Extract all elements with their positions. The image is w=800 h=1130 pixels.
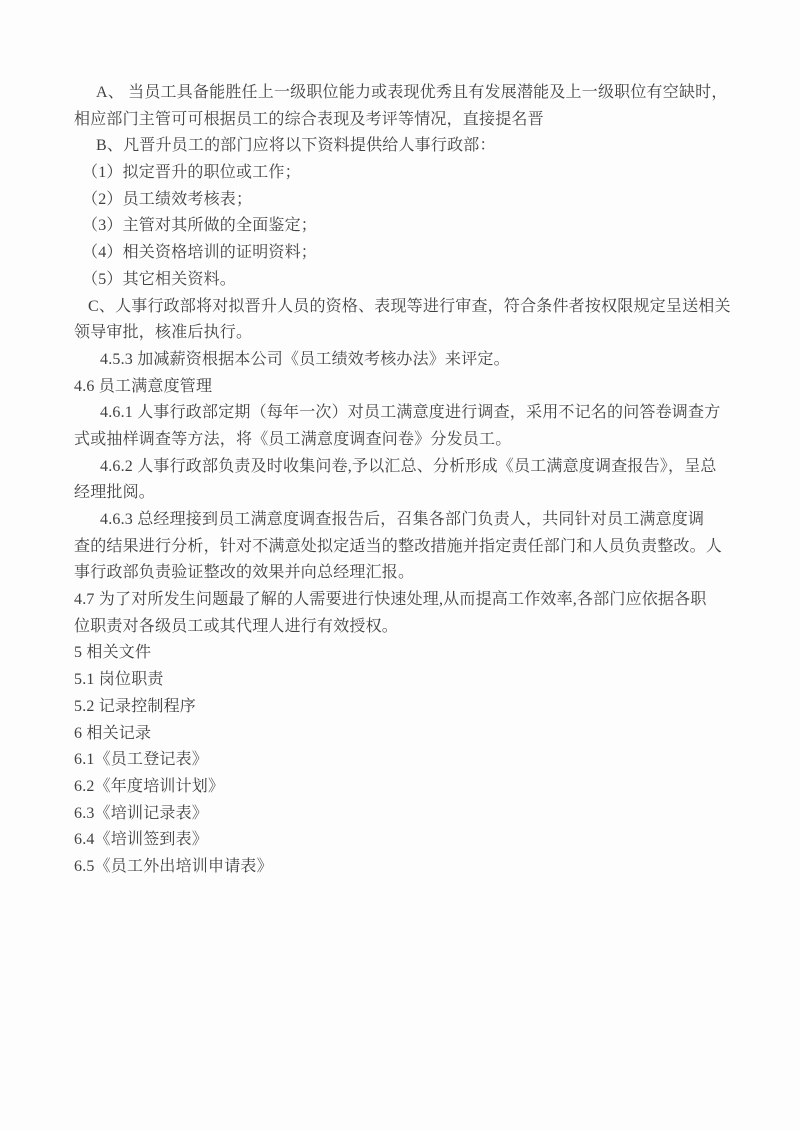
doc-line-promotion-c-cont: 领导审批，核准后执行。 bbox=[74, 320, 746, 347]
doc-line-4-6-1: 4.6.1 人事行政部定期（每年一次）对员工满意度进行调查，采用不记名的问答卷调… bbox=[74, 400, 746, 427]
doc-line-6-1: 6.1《员工登记表》 bbox=[74, 747, 746, 774]
doc-line-6-2: 6.2《年度培训计划》 bbox=[74, 774, 746, 801]
doc-heading-4-6: 4.6 员工满意度管理 bbox=[74, 374, 746, 401]
doc-line-5-2: 5.2 记录控制程序 bbox=[74, 694, 746, 721]
document-page: A、 当员工具备能胜任上一级职位能力或表现优秀且有发展潜能及上一级职位有空缺时，… bbox=[0, 0, 800, 1130]
doc-line-item-4: （4）相关资格培训的证明资料； bbox=[74, 240, 746, 267]
doc-line-item-3: （3）主管对其所做的全面鉴定； bbox=[74, 213, 746, 240]
doc-line-4-6-3-cont-2: 事行政部负责验证整改的效果并向总经理汇报。 bbox=[74, 560, 746, 587]
doc-line-promotion-c: C、人事行政部将对拟晋升人员的资格、表现等进行审查，符合条件者按权限规定呈送相关 bbox=[74, 294, 746, 321]
doc-line-4-6-1-cont: 式或抽样调查等方法，将《员工满意度调查问卷》分发员工。 bbox=[74, 427, 746, 454]
doc-line-promotion-a: A、 当员工具备能胜任上一级职位能力或表现优秀且有发展潜能及上一级职位有空缺时， bbox=[74, 80, 746, 107]
doc-line-4-6-2: 4.6.2 人事行政部负责及时收集问卷,予以汇总、分析形成《员工满意度调查报告》… bbox=[74, 454, 746, 481]
doc-line-4-7: 4.7 为了对所发生问题最了解的人需要进行快速处理,从而提高工作效率,各部门应依… bbox=[74, 587, 746, 614]
doc-line-6-3: 6.3《培训记录表》 bbox=[74, 801, 746, 828]
doc-line-item-1: （1）拟定晋升的职位或工作； bbox=[74, 160, 746, 187]
doc-line-6-5: 6.5《员工外出培训申请表》 bbox=[74, 854, 746, 881]
document-text-block: A、 当员工具备能胜任上一级职位能力或表现优秀且有发展潜能及上一级职位有空缺时，… bbox=[74, 80, 746, 881]
doc-line-item-2: （2）员工绩效考核表； bbox=[74, 187, 746, 214]
doc-line-4-6-3-cont-1: 查的结果进行分析，针对不满意处拟定适当的整改措施并指定责任部门和人员负责整改。人 bbox=[74, 534, 746, 561]
doc-heading-6: 6 相关记录 bbox=[74, 721, 746, 748]
doc-line-4-6-2-cont: 经理批阅。 bbox=[74, 480, 746, 507]
doc-line-4-7-cont: 位职责对各级员工或其代理人进行有效授权。 bbox=[74, 614, 746, 641]
doc-line-4-5-3: 4.5.3 加减薪资根据本公司《员工绩效考核办法》来评定。 bbox=[74, 347, 746, 374]
doc-line-promotion-a-cont: 相应部门主管可可根据员工的综合表现及考评等情况，直接提名晋 bbox=[74, 107, 746, 134]
doc-line-promotion-b: B、凡晋升员工的部门应将以下资料提供给人事行政部： bbox=[74, 133, 746, 160]
doc-heading-5: 5 相关文件 bbox=[74, 640, 746, 667]
doc-line-6-4: 6.4《培训签到表》 bbox=[74, 827, 746, 854]
doc-line-5-1: 5.1 岗位职责 bbox=[74, 667, 746, 694]
doc-line-4-6-3: 4.6.3 总经理接到员工满意度调查报告后，召集各部门负责人，共同针对员工满意度… bbox=[74, 507, 746, 534]
doc-line-item-5: （5）其它相关资料。 bbox=[74, 267, 746, 294]
